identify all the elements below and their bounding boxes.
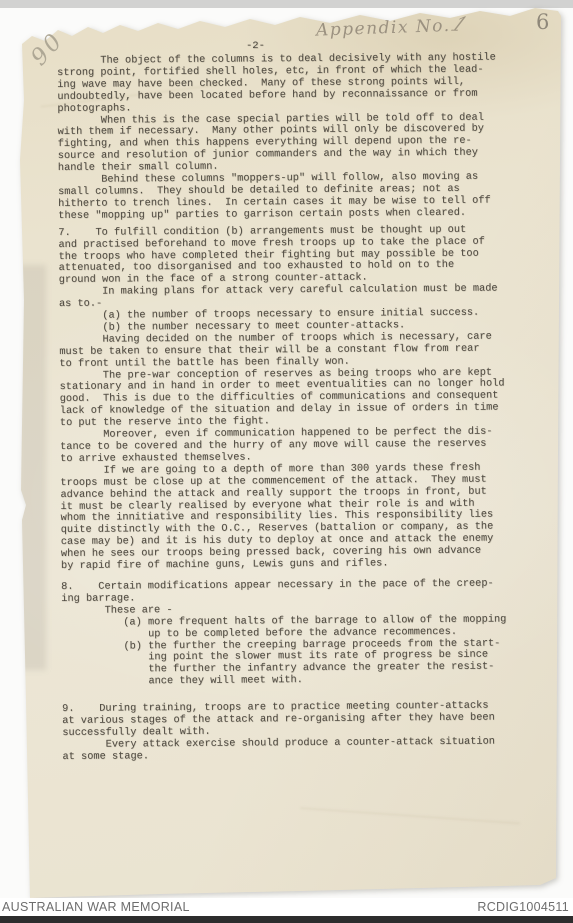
para-pre-war-reserves: The pre-war conception of reserves as be…	[59, 367, 549, 430]
para-having-decided: Having decided on the number of troops w…	[59, 331, 549, 371]
section-9: 9. During training, troops are to practi…	[62, 700, 552, 740]
para-columns-object: The object of the columns is to deal dec…	[57, 52, 547, 115]
para-moreover: Moreover, even if communication happened…	[60, 426, 550, 466]
paper-discoloration	[18, 265, 46, 670]
item-8b: (b) the further the creeping barrage pro…	[62, 638, 552, 689]
footer-dark-bar	[0, 916, 573, 923]
para-special-parties: When this is the case special parties wi…	[57, 112, 547, 175]
typed-page-number: -2-	[246, 40, 265, 52]
archive-footer: AUSTRALIAN WAR MEMORIAL RCDIG1004511	[0, 898, 573, 916]
para-moppers-up: Behind these columns "moppers-up" will f…	[58, 171, 548, 222]
archive-reference-id: RCDIG1004511	[477, 900, 569, 914]
section-7: 7. To fulfill condition (b) arrangements…	[58, 224, 548, 287]
typed-body: The object of the columns is to deal dec…	[57, 52, 553, 763]
paper-crease	[300, 807, 520, 824]
para-every-attack: Every attack exercise should produce a c…	[62, 736, 552, 764]
archive-name: AUSTRALIAN WAR MEMORIAL	[2, 900, 190, 914]
corner-page-number: 6	[536, 10, 549, 34]
document-scan-view: 90 Appendix No.1 6 -2- The object of the…	[0, 0, 573, 923]
para-depth-300-yards: If we are going to a depth of more than …	[60, 462, 551, 573]
